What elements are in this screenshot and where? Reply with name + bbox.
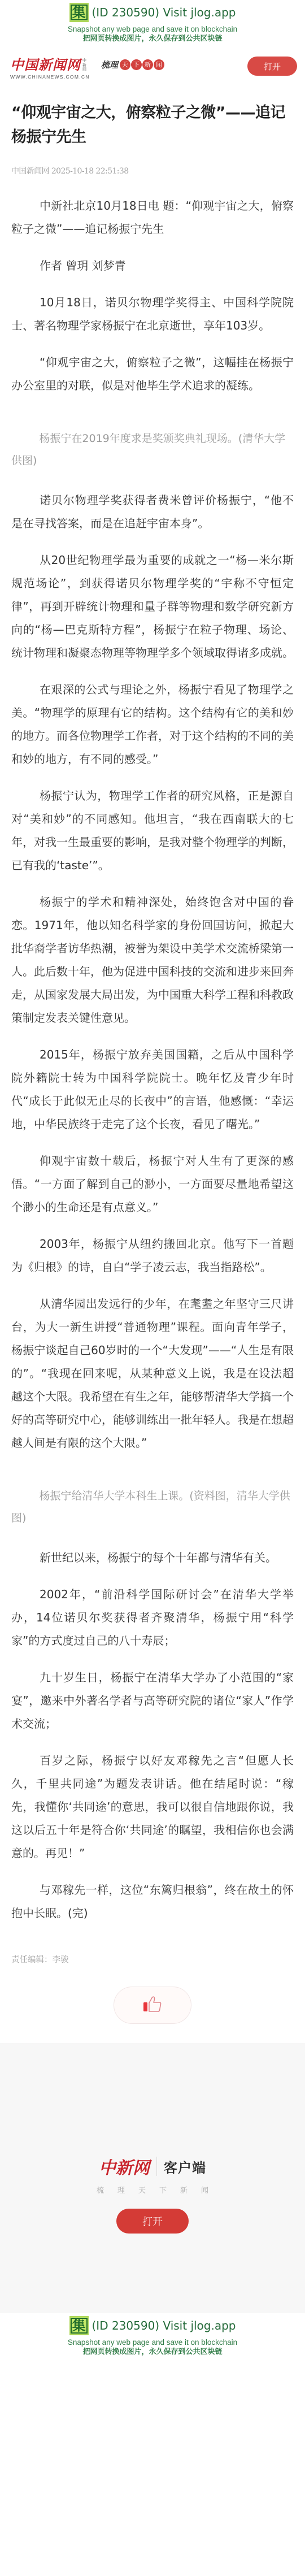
slogan-dot: 天 bbox=[120, 59, 130, 70]
brand-logo-vertical: 中新网 bbox=[82, 58, 87, 72]
like-button[interactable] bbox=[114, 1987, 191, 2024]
snapshot-title[interactable]: (ID 230590) Visit jlog.app bbox=[92, 2319, 236, 2332]
snapshot-subtitle-zh: 把网页转换成图片，永久保存到公共区块链 bbox=[0, 34, 305, 44]
paragraph: 杨振宁的学术和精神深处，始终饱含对中国的眷恋。1971年，他以知名科学家的身份回… bbox=[11, 891, 294, 1030]
paragraph: 从20世纪物理学最为重要的成就之一“杨—米尔斯规范场论”，到获得诺贝尔物理学奖的… bbox=[11, 549, 294, 665]
article-body: 中新社北京10月18日电 题：“仰观宇宙之大，俯察粒子之微”——追记杨振宁先生 … bbox=[11, 194, 294, 1925]
photo-caption: 杨振宁在2019年度求是奖颁奖典礼现场。(清华大学供图) bbox=[11, 428, 294, 472]
snapshot-subtitle-en: Snapshot any web page and save it on blo… bbox=[0, 2338, 305, 2347]
slogan-script: 梳理 bbox=[101, 59, 118, 71]
promo-divider bbox=[156, 2157, 157, 2176]
tagline-char: 天 bbox=[138, 2184, 146, 2195]
paragraph: 杨振宁认为，物理学工作者的研究风格，正是源自对“美和妙”的不同感知。他坦言，“我… bbox=[11, 784, 294, 877]
paragraph: 仰观宇宙数十载后，杨振宁对人生有了更深的感悟。“一方面了解到自己的渺小，一方面要… bbox=[11, 1150, 294, 1219]
snapshot-subtitle-en: Snapshot any web page and save it on blo… bbox=[0, 25, 305, 34]
promo-logo: 中新网 bbox=[99, 2154, 150, 2179]
paragraph: 作者 曾玥 刘梦青 bbox=[11, 254, 294, 277]
promo-client-label: 客户端 bbox=[164, 2157, 206, 2176]
paragraph: 2002年，“前沿科学国际研讨会”在清华大学举办，14位诺贝尔奖获得者齐聚清华，… bbox=[11, 1583, 294, 1653]
site-header: 中国新闻网 中新网 WWW.CHINANEWS.COM.CN 梳理 天 下 新 … bbox=[0, 49, 305, 88]
slogan-dot: 新 bbox=[142, 59, 153, 70]
article-source: 中国新闻网 bbox=[11, 167, 49, 176]
app-promo: 中新网 客户端 梳 理 天 下 新 闻 打开 bbox=[0, 2043, 305, 2313]
paragraph: 中新社北京10月18日电 题：“仰观宇宙之大，俯察粒子之微”——追记杨振宁先生 bbox=[11, 194, 294, 241]
snapshot-banner-top: 集 (ID 230590) Visit jlog.app Snapshot an… bbox=[0, 0, 305, 49]
paragraph: 从清华园出发远行的少年，在耄耋之年坚守三尺讲台，为大一新生讲授“普通物理”课程。… bbox=[11, 1293, 294, 1455]
like-section bbox=[0, 1987, 305, 2024]
slogan-dot: 下 bbox=[131, 59, 142, 70]
tagline-char: 梳 bbox=[97, 2184, 104, 2195]
article-title: “仰观宇宙之大，俯察粒子之微”——追记杨振宁先生 bbox=[11, 101, 294, 149]
article-datetime: 2025-10-18 22:51:38 bbox=[51, 167, 129, 176]
slogan-dot: 闻 bbox=[154, 59, 164, 70]
snapshot-title[interactable]: (ID 230590) Visit jlog.app bbox=[92, 6, 236, 19]
snapshot-banner-bottom: 集 (ID 230590) Visit jlog.app Snapshot an… bbox=[0, 2313, 305, 2362]
open-app-button-top[interactable]: 打开 bbox=[247, 57, 297, 76]
jlog-logo-icon: 集 bbox=[69, 3, 89, 22]
brand-url: WWW.CHINANEWS.COM.CN bbox=[10, 74, 90, 80]
tagline-char: 闻 bbox=[201, 2184, 208, 2195]
paragraph: 与邓稼先一样，这位“东篱归根翁”，终在故土的怀抱中长眠。(完) bbox=[11, 1879, 294, 1925]
paragraph: 诺贝尔物理学奖获得者费米曾评价杨振宁，“他不是在寻找答案，而是在追赶宇宙本身”。 bbox=[11, 489, 294, 535]
article-meta: 中国新闻网 2025-10-18 22:51:38 bbox=[11, 165, 294, 176]
brand-logo-text: 中国新闻网 bbox=[10, 57, 81, 73]
jlog-logo-icon: 集 bbox=[69, 2316, 89, 2335]
paragraph: 在艰深的公式与理论之外，杨振宁看见了物理学之美。“物理学的原理有它的结构。这个结… bbox=[11, 678, 294, 771]
tagline-char: 理 bbox=[117, 2184, 125, 2195]
open-app-button-bottom[interactable]: 打开 bbox=[116, 2209, 189, 2234]
promo-tagline: 梳 理 天 下 新 闻 bbox=[0, 2184, 305, 2195]
article: “仰观宇宙之大，俯察粒子之微”——追记杨振宁先生 中国新闻网 2025-10-1… bbox=[0, 101, 305, 1965]
paragraph: 百岁之际，杨振宁以好友邓稼先之言“但愿人长久，千里共同途”为题发表讲话。他在结尾… bbox=[11, 1749, 294, 1865]
paragraph: 10月18日，诺贝尔物理学奖得主、中国科学院院士、著名物理学家杨振宁在北京逝世，… bbox=[11, 291, 294, 337]
tagline-char: 下 bbox=[159, 2184, 167, 2195]
thumbs-up-icon bbox=[143, 1996, 162, 2015]
chinanews-logo[interactable]: 中国新闻网 中新网 WWW.CHINANEWS.COM.CN bbox=[10, 57, 90, 80]
responsible-editor: 责任编辑：李骏 bbox=[11, 1953, 294, 1965]
paragraph: 新世纪以来，杨振宁的每个十年都与清华有关。 bbox=[11, 1546, 294, 1569]
paragraph: 2015年，杨振宁放弃美国国籍，之后从中国科学院外籍院士转为中国科学院院士。晚年… bbox=[11, 1043, 294, 1136]
slogan: 梳理 天 下 新 闻 bbox=[101, 59, 164, 71]
tagline-char: 新 bbox=[180, 2184, 188, 2195]
paragraph: 九十岁生日，杨振宁在清华大学办了小范围的“家宴”，邀来中外著名学者与高等研究院的… bbox=[11, 1666, 294, 1736]
paragraph: 2003年，杨振宁从纽约搬回北京。他写下一首题为《归根》的诗，自白“学子凌云志，… bbox=[11, 1233, 294, 1279]
snapshot-subtitle-zh: 把网页转换成图片，永久保存到公共区块链 bbox=[0, 2347, 305, 2357]
paragraph: “仰观宇宙之大，俯察粒子之微”，这幅挂在杨振宁办公室里的对联，似是对他毕生学术追… bbox=[11, 351, 294, 397]
photo-caption: 杨振宁给清华大学本科生上课。(资料图，清华大学供图) bbox=[11, 1485, 294, 1529]
